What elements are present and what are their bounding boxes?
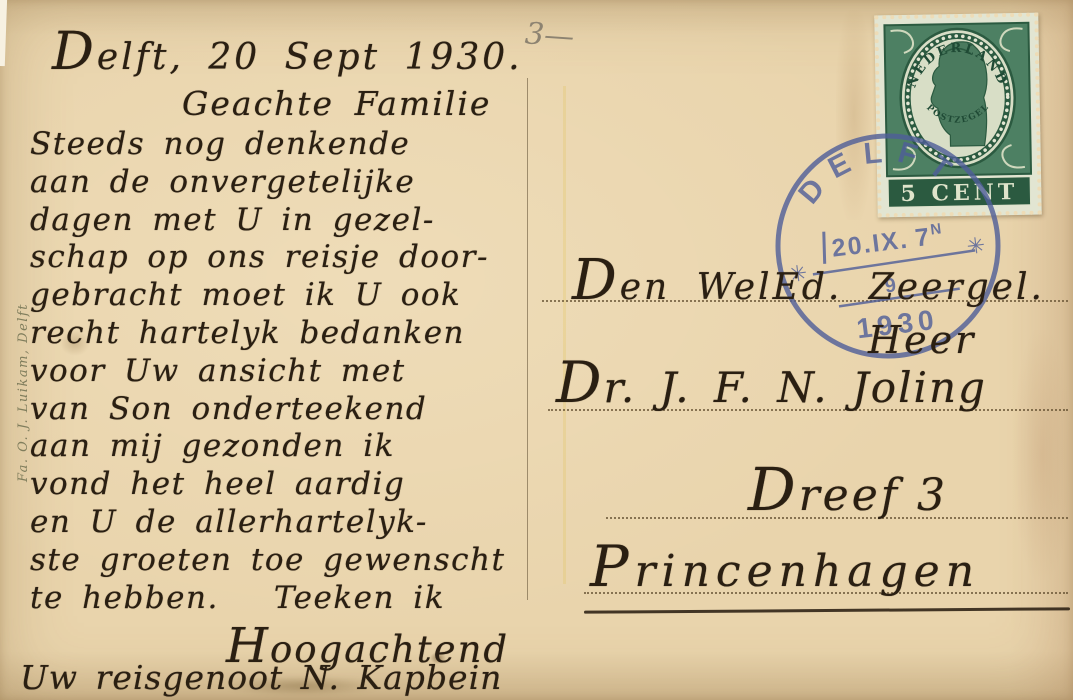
message-line: recht hartelyk bedanken <box>30 315 505 353</box>
message-line: te hebben. Teeken ik <box>30 580 505 618</box>
hand-drawn-underline <box>584 607 1070 613</box>
message-line: vond het heel aardig <box>30 466 505 504</box>
center-divider-line <box>527 78 528 600</box>
message-line: van Son onderteekend <box>30 391 505 429</box>
pencil-price-mark: 3— <box>524 16 575 54</box>
postmark-hour-suffix: N <box>929 220 942 238</box>
postmark-city-label: DELFT <box>787 128 970 213</box>
postcard-back: 3— Fa. O. J. Luikam, Delft Delft, 20 Sep… <box>0 0 1073 700</box>
message-line: aan de onvergetelijke <box>30 164 505 202</box>
message-signature: Uw reisgenoot N. Kapbein <box>20 658 502 697</box>
crease-streak <box>563 86 566 584</box>
message-salutation: Geachte Familie <box>182 84 491 123</box>
message-body: Steeds nog denkende aan de onvergetelijk… <box>30 126 505 617</box>
message-line: Steeds nog denkende <box>30 126 505 164</box>
address-city: Princenhagen <box>590 534 980 600</box>
address-recipient-name: Dr. J. F. N. Joling <box>556 350 987 416</box>
svg-text:DELFT: DELFT <box>787 128 970 213</box>
message-line: voor Uw ansicht met <box>30 353 505 391</box>
message-line: aan mij gezonden ik <box>30 428 505 466</box>
address-street: Dreef 3 <box>748 456 948 525</box>
paper-stain <box>1014 330 1070 580</box>
message-dateline: Delft, 20 Sept 1930. <box>52 22 523 82</box>
message-line: gebracht moet ik U ook <box>30 277 505 315</box>
message-line: schap op ons reisje door- <box>30 239 505 277</box>
message-line: dagen met U in gezel- <box>30 202 505 240</box>
scan-edge-sliver <box>0 0 7 66</box>
address-honorific: Den WelEd. Zeergel. <box>572 248 1045 313</box>
publisher-imprint: Fa. O. J. Luikam, Delft <box>16 303 31 482</box>
message-line: en U de allerhartelyk- <box>30 504 505 542</box>
message-line: ste groeten toe gewenscht <box>30 542 505 580</box>
